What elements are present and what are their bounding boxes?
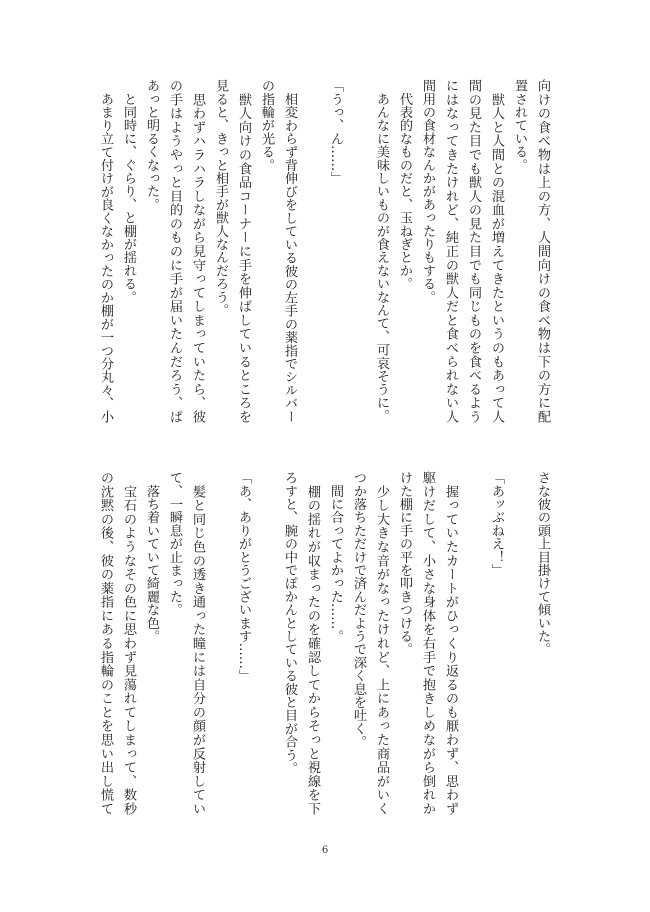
text-column: 相変わらず背伸びをしている彼の左手の薬指でシルバー bbox=[278, 79, 301, 423]
blank-column bbox=[508, 471, 531, 815]
text-column: にはなってきたけれど、純正の獣人だと食べられない人 bbox=[439, 79, 462, 423]
blank-column bbox=[209, 471, 232, 815]
text-column: あまり立て付けが良くなかったのか棚が一つ分丸々、小 bbox=[94, 79, 117, 423]
document-page: 向けの食べ物は上の方、人間向けの食べ物は下の方に配 置されている。 獣人と人間と… bbox=[0, 0, 650, 912]
text-column: 落ち着いていて綺麗な色。 bbox=[140, 471, 163, 815]
blank-column bbox=[255, 471, 278, 815]
text-block-upper: 向けの食べ物は上の方、人間向けの食べ物は下の方に配 置されている。 獣人と人間と… bbox=[94, 79, 554, 425]
blank-column bbox=[462, 471, 485, 815]
text-column: けた棚に手の平を叩きつける。 bbox=[393, 471, 416, 815]
text-column: ろすと、腕の中でぽかんとしている彼と目が合う。 bbox=[278, 471, 301, 815]
text-column: 少し大きな音がなったけれど、上にあった商品がいく bbox=[370, 471, 393, 815]
text-column: 髪と同じ色の透き通った瞳には自分の顔が反射してい bbox=[186, 471, 209, 815]
dialogue-column: 「あッぶねえ！」 bbox=[485, 471, 508, 815]
text-column: 向けの食べ物は上の方、人間向けの食べ物は下の方に配 bbox=[531, 79, 554, 423]
text-column: 間用の食材なんかがあったりもする。 bbox=[416, 79, 439, 423]
dialogue-column: 「うっ、ん……」 bbox=[324, 79, 347, 423]
text-column: 見ると、きっと相手が獣人なんだろう。 bbox=[209, 79, 232, 423]
blank-column bbox=[347, 79, 370, 423]
text-column: 駆けだして、小さな身体を右手で抱きしめながら倒れか bbox=[416, 471, 439, 815]
text-column: さな彼の頭上目掛けて傾いた。 bbox=[531, 471, 554, 815]
text-column: の指輪が光る。 bbox=[255, 79, 278, 423]
text-column: 獣人向けの食品コーナーに手を伸ばしているところを bbox=[232, 79, 255, 423]
text-column: 獣人と人間との混血が増えてきたというのもあって人 bbox=[485, 79, 508, 423]
text-column: あんなに美味しいものが食えないなんて、可哀そうに。 bbox=[370, 79, 393, 423]
text-column: 間の見た目でも獣人の見た目でも同じものを食べるよう bbox=[462, 79, 485, 423]
text-column: 握っていたカートがひっくり返るのも厭わず、思わず bbox=[439, 471, 462, 815]
text-block-lower: さな彼の頭上目掛けて傾いた。 「あッぶねえ！」 握っていたカートがひっくり返るの… bbox=[94, 471, 554, 817]
blank-column bbox=[301, 79, 324, 423]
text-column: 宝石のようなその色に思わず見蕩れてしまって、数秒 bbox=[117, 471, 140, 815]
text-column: の手はようやっと目的のものに手が届いたんだろう、ぱ bbox=[163, 79, 186, 423]
text-column: 棚の揺れが収まったのを確認してからそっと視線を下 bbox=[301, 471, 324, 815]
text-column: あっと明るくなった。 bbox=[140, 79, 163, 423]
text-column: と同時に、ぐらり、と棚が揺れる。 bbox=[117, 79, 140, 423]
text-column: て、一瞬息が止まった。 bbox=[163, 471, 186, 815]
text-column: の沈黙の後、彼の薬指にある指輪のことを思い出し慌て bbox=[94, 471, 117, 815]
text-column: つか落ちただけで済んだようで深く息を吐く。 bbox=[347, 471, 370, 815]
text-column: 置されている。 bbox=[508, 79, 531, 423]
text-column: 代表的なものだと、玉ねぎとか。 bbox=[393, 79, 416, 423]
page-number: 6 bbox=[315, 845, 335, 856]
dialogue-column: 「あ、ありがとうございます……」 bbox=[232, 471, 255, 815]
text-column: 間に合ってよかった……。 bbox=[324, 471, 347, 815]
text-column: 思わずハラハラしながら見守ってしまっていたら、彼 bbox=[186, 79, 209, 423]
